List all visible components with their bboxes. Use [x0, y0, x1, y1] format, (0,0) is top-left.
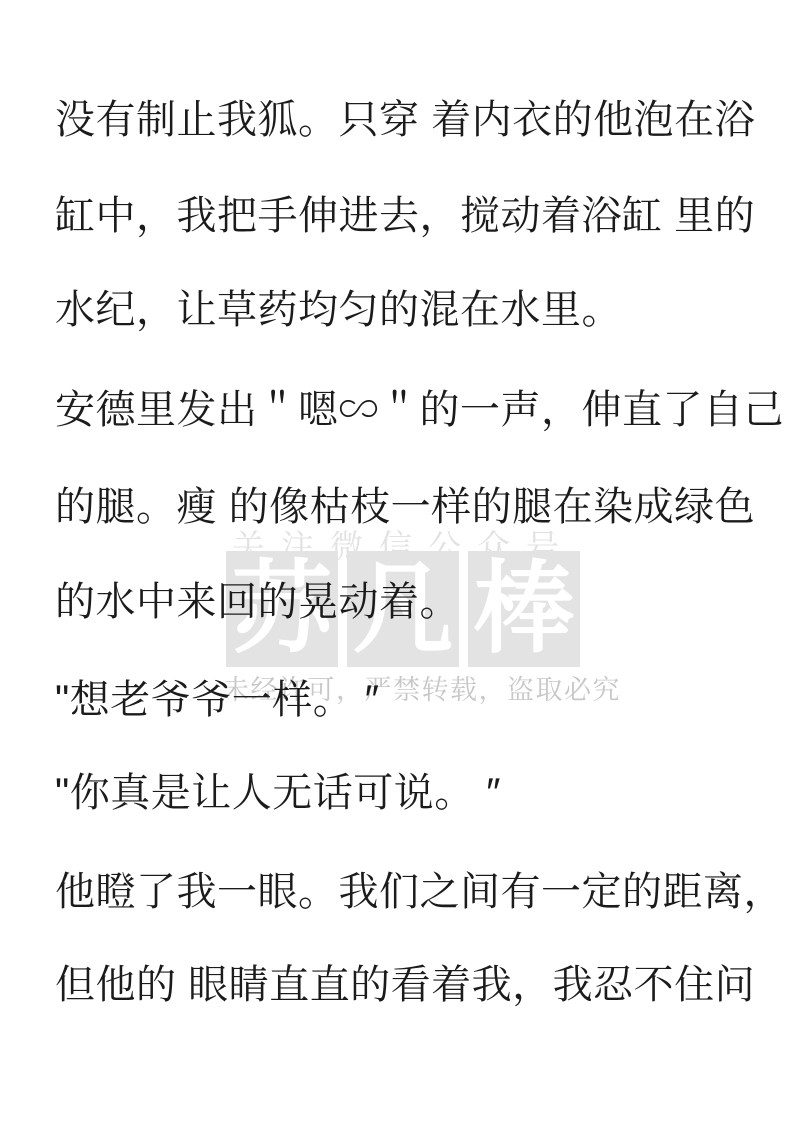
body-text-line: "你真是让人无话可说。 ″ [55, 773, 501, 813]
body-text-line: 的水中来回的晃动着。 [55, 582, 460, 622]
watermark-char-3: 棒 [474, 559, 574, 659]
body-text-line: 的腿。瘦 的像枯枝一样的腿在染成绿色 [55, 487, 755, 527]
body-text-line: 缸中，我把手伸进去，搅动着浴缸 里的 [55, 196, 755, 236]
watermark: 关注微信公众号 苏 凡 棒 未经许可，严禁转载，盗取必究 [0, 0, 794, 1122]
document-page: 关注微信公众号 苏 凡 棒 未经许可，严禁转载，盗取必究 没有制止我狐。只穿 着… [0, 0, 794, 1122]
body-text-line: 没有制止我狐。只穿 着内衣的他泡在浴 [55, 100, 755, 140]
body-text-line: 安德里发出＂嗯∽＂的一声，伸直了自己 [55, 390, 784, 430]
body-text-line: 他瞪了我一眼。我们之间有一定的距离， [55, 872, 784, 912]
body-text-line: 水纪，让草药均匀的混在水里。 [55, 290, 622, 330]
body-text-line: "想老爷爷一样。 ″ [55, 680, 379, 720]
watermark-logo-box-3: 棒 [468, 551, 580, 667]
body-text-line: 但他的 眼睛直直的看着我，我忍不住问 [55, 965, 755, 1005]
